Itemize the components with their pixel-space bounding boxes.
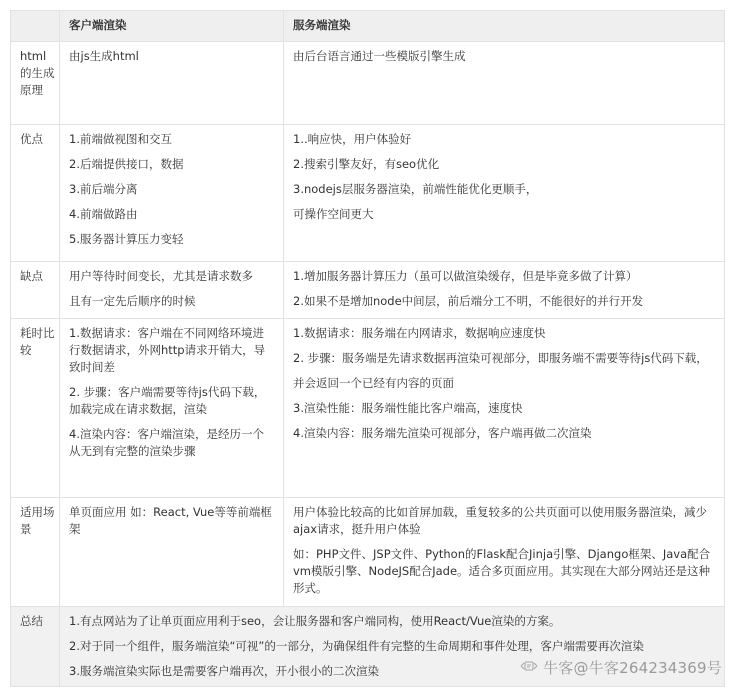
row-label: 优点 bbox=[11, 125, 60, 262]
header-server-render: 服务端渲染 bbox=[284, 11, 725, 42]
cell-line: 由后台语言通过一些模版引擎生成 bbox=[293, 48, 715, 65]
cell-line: 2.搜索引擎友好，有seo优化 bbox=[293, 156, 715, 173]
row-label: html的生成原理 bbox=[11, 42, 60, 125]
cell-line: 4.渲染内容：客户端渲染，是经历一个从无到有完整的渲染步骤 bbox=[69, 426, 274, 460]
cell-line: 2. 步骤：客户端需要等待js代码下载，加载完成在请求数据，渲染 bbox=[69, 384, 274, 418]
cell-line: 3.渲染性能：服务端性能比客户端高，速度快 bbox=[293, 400, 715, 417]
row-label: 适用场景 bbox=[11, 498, 60, 607]
cell-line: 3.nodejs层服务器渲染，前端性能优化更顺手， bbox=[293, 181, 715, 198]
table-row-pros: 优点 1.前端做视图和交互 2.后端提供接口，数据 3.前后端分离 4.前端做路… bbox=[11, 125, 725, 262]
row-label: 耗时比较 bbox=[11, 319, 60, 498]
table-row-html-generation: html的生成原理 由js生成html 由后台语言通过一些模版引擎生成 bbox=[11, 42, 725, 125]
table-row-cons: 缺点 用户等待时间变长，尤其是请求数多 且有一定先后顺序的时候 1.增加服务器计… bbox=[11, 262, 725, 319]
server-cell: 1.增加服务器计算压力（虽可以做渲染缓存，但是毕竟多做了计算） 2.如果不是增加… bbox=[284, 262, 725, 319]
header-client-render: 客户端渲染 bbox=[60, 11, 284, 42]
cell-line: 2.后端提供接口，数据 bbox=[69, 156, 274, 173]
client-cell: 由js生成html bbox=[60, 42, 284, 125]
server-cell: 由后台语言通过一些模版引擎生成 bbox=[284, 42, 725, 125]
cell-line: 2.对于同一个组件，服务端渲染“可视”的一部分，为确保组件有完整的生命周期和事件… bbox=[69, 638, 715, 655]
nowcoder-logo-icon bbox=[519, 659, 539, 677]
watermark: 牛客@牛客264234369号 bbox=[519, 657, 722, 678]
cell-line: 5.服务器计算压力变轻 bbox=[69, 231, 274, 248]
cell-line: 1.前端做视图和交互 bbox=[69, 131, 274, 148]
cell-line: 1..响应快，用户体验好 bbox=[293, 131, 715, 148]
comparison-table: 客户端渲染 服务端渲染 html的生成原理 由js生成html 由后台语言通过一… bbox=[10, 10, 725, 687]
cell-line: 1.数据请求：客户端在不同网络环境进行数据请求，外网http请求开销大，导致时间… bbox=[69, 325, 274, 376]
cell-line: 由js生成html bbox=[69, 48, 274, 65]
cell-line: 用户等待时间变长，尤其是请求数多 bbox=[69, 268, 274, 285]
cell-line: 如：PHP文件、JSP文件、Python的Flask配合Jinja引擎、Djan… bbox=[293, 546, 715, 597]
client-cell: 1.数据请求：客户端在不同网络环境进行数据请求，外网http请求开销大，导致时间… bbox=[60, 319, 284, 498]
cell-line: 1.数据请求：服务端在内网请求，数据响应速度快 bbox=[293, 325, 715, 342]
client-cell: 1.前端做视图和交互 2.后端提供接口，数据 3.前后端分离 4.前端做路由 5… bbox=[60, 125, 284, 262]
cell-line: 2.如果不是增加node中间层，前后端分工不明，不能很好的并行开发 bbox=[293, 293, 715, 310]
header-empty bbox=[11, 11, 60, 42]
cell-line: 可操作空间更大 bbox=[293, 206, 715, 223]
watermark-text: 牛客@牛客264234369号 bbox=[543, 657, 722, 678]
client-cell: 用户等待时间变长，尤其是请求数多 且有一定先后顺序的时候 bbox=[60, 262, 284, 319]
header-row: 客户端渲染 服务端渲染 bbox=[11, 11, 725, 42]
cell-line: 1.增加服务器计算压力（虽可以做渲染缓存，但是毕竟多做了计算） bbox=[293, 268, 715, 285]
client-cell: 单页面应用 如：React, Vue等等前端框架 bbox=[60, 498, 284, 607]
table-row-time-comparison: 耗时比较 1.数据请求：客户端在不同网络环境进行数据请求，外网http请求开销大… bbox=[11, 319, 725, 498]
cell-line: 3.前后端分离 bbox=[69, 181, 274, 198]
cell-line: 用户体验比较高的比如首屏加载，重复较多的公共页面可以使用服务器渲染，减少ajax… bbox=[293, 504, 715, 538]
cell-line: 4.渲染内容：服务端先渲染可视部分，客户端再做二次渲染 bbox=[293, 425, 715, 442]
cell-line: 4.前端做路由 bbox=[69, 206, 274, 223]
cell-line: 1.有点网站为了让单页面应用利于seo，会让服务器和客户端同构，使用React/… bbox=[69, 613, 715, 630]
row-label: 缺点 bbox=[11, 262, 60, 319]
server-cell: 用户体验比较高的比如首屏加载，重复较多的公共页面可以使用服务器渲染，减少ajax… bbox=[284, 498, 725, 607]
cell-line: 并会返回一个已经有内容的页面 bbox=[293, 375, 715, 392]
cell-line: 2. 步骤：服务端是先请求数据再渲染可视部分，即服务端不需要等待js代码下载， bbox=[293, 350, 715, 367]
cell-line: 且有一定先后顺序的时候 bbox=[69, 293, 274, 310]
table-row-use-cases: 适用场景 单页面应用 如：React, Vue等等前端框架 用户体验比较高的比如… bbox=[11, 498, 725, 607]
row-label: 总结 bbox=[11, 607, 60, 687]
cell-line: 单页面应用 如：React, Vue等等前端框架 bbox=[69, 504, 274, 538]
server-cell: 1.数据请求：服务端在内网请求，数据响应速度快 2. 步骤：服务端是先请求数据再… bbox=[284, 319, 725, 498]
server-cell: 1..响应快，用户体验好 2.搜索引擎友好，有seo优化 3.nodejs层服务… bbox=[284, 125, 725, 262]
